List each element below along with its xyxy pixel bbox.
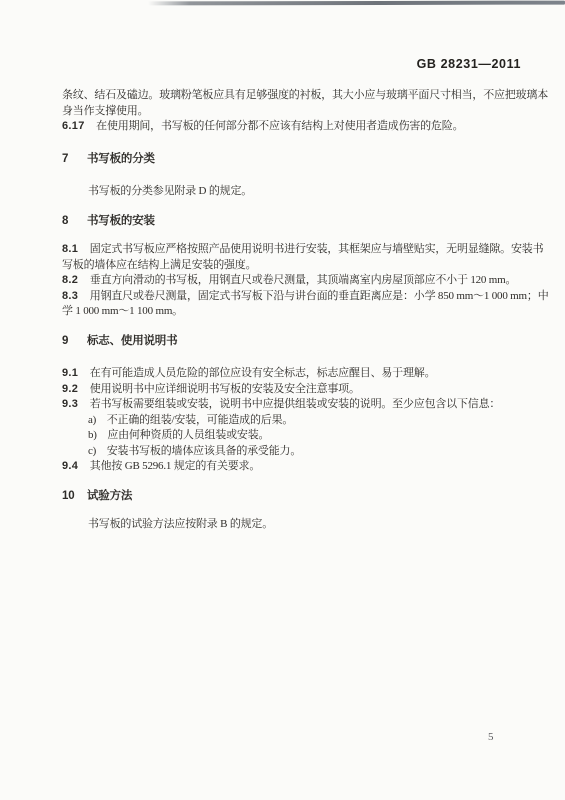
clause-text: 垂直方向滑动的书写板，用钢直尺或卷尺测量，其顶端离室内房屋顶部应不小于 120 … xyxy=(90,274,517,286)
section-10-heading: 10 试验方法 xyxy=(62,489,521,505)
section-title: 试验方法 xyxy=(87,490,132,502)
clause-number: 9.3 xyxy=(62,397,78,413)
list-marker: b) xyxy=(88,428,97,444)
body-line: 条纹、结石及磕边。玻璃粉笔板应具有足够强度的衬板，其大小应与玻璃平面尺寸相当，不… xyxy=(62,88,521,104)
clause-6-17: 6.17 在使用期间，书写板的任何部分都不应该有结构上对使用者造成伤害的危险。 xyxy=(62,119,521,135)
clause-9-3: 9.3 若书写板需要组装或安装，说明书中应提供组装或安装的说明。至少应包含以下信… xyxy=(62,397,521,413)
page-number: 5 xyxy=(488,731,494,743)
body-text: 写板的墙体应在结构上满足安装的强度。 xyxy=(62,259,256,271)
clause-text: 在使用期间，书写板的任何部分都不应该有结构上对使用者造成伤害的危险。 xyxy=(96,120,463,132)
body-line: 身当作支撑使用。 xyxy=(62,104,521,120)
clause-number: 9.4 xyxy=(62,459,78,475)
clause-8-1: 8.1 固定式书写板应严格按照产品使用说明书进行安装，其框架应与墙壁贴实，无明显… xyxy=(62,242,521,258)
body-line: 书写板的试验方法应按附录 B 的规定。 xyxy=(62,517,521,533)
clause-number: 8.1 xyxy=(62,242,78,258)
clause-text: 其他按 GB 5296.1 规定的有关要求。 xyxy=(90,460,260,472)
clause-number: 9.1 xyxy=(62,366,78,382)
clause-text: 用钢直尺或卷尺测量，固定式书写板下沿与讲台面的垂直距离应是：小学 850 mm～… xyxy=(90,290,549,302)
clause-8-3: 8.3 用钢直尺或卷尺测量，固定式书写板下沿与讲台面的垂直距离应是：小学 850… xyxy=(62,289,521,305)
section-number: 10 xyxy=(62,489,76,505)
list-marker: c) xyxy=(88,444,96,460)
list-text: 安装书写板的墙体应该具备的承受能力。 xyxy=(107,445,301,457)
body-text: 身当作支撑使用。 xyxy=(62,105,148,117)
section-number: 7 xyxy=(62,152,76,168)
list-text: 应由何种资质的人员组装或安装。 xyxy=(107,429,269,441)
clause-number: 8.3 xyxy=(62,289,78,305)
clause-text: 使用说明书中应详细说明书写板的安装及安全注意事项。 xyxy=(90,383,360,395)
body-line: 写板的墙体应在结构上满足安装的强度。 xyxy=(62,258,521,274)
section-7-heading: 7 书写板的分类 xyxy=(62,152,521,168)
document-page: GB 28231—2011 条纹、结石及磕边。玻璃粉笔板应具有足够强度的衬板，其… xyxy=(0,0,565,800)
list-item-b: b) 应由何种资质的人员组装或安装。 xyxy=(62,428,521,444)
body-text: 书写板的分类参见附录 D 的规定。 xyxy=(88,185,252,197)
standard-number-header: GB 28231—2011 xyxy=(62,57,521,71)
section-title: 书写板的分类 xyxy=(87,153,155,165)
clause-number: 9.2 xyxy=(62,382,78,398)
clause-number: 6.17 xyxy=(62,119,85,135)
clause-text: 在有可能造成人员危险的部位应设有安全标志，标志应醒目、易于理解。 xyxy=(90,367,436,379)
body-text: 学 1 000 mm～1 100 mm。 xyxy=(62,305,183,317)
clause-text: 若书写板需要组装或安装，说明书中应提供组装或安装的说明。至少应包含以下信息： xyxy=(90,398,500,410)
section-8-heading: 8 书写板的安装 xyxy=(62,214,521,230)
body-line: 书写板的分类参见附录 D 的规定。 xyxy=(62,184,521,200)
section-9-heading: 9 标志、使用说明书 xyxy=(62,334,521,350)
list-text: 不正确的组装/安装，可能造成的后果。 xyxy=(107,414,293,426)
body-text: 条纹、结石及磕边。玻璃粉笔板应具有足够强度的衬板，其大小应与玻璃平面尺寸相当，不… xyxy=(62,89,548,101)
body-text: 书写板的试验方法应按附录 B 的规定。 xyxy=(88,518,273,530)
list-marker: a) xyxy=(88,413,96,429)
section-number: 8 xyxy=(62,214,76,230)
clause-text: 固定式书写板应严格按照产品使用说明书进行安装，其框架应与墙壁贴实，无明显缝隙。安… xyxy=(90,243,544,255)
clause-9-1: 9.1 在有可能造成人员危险的部位应设有安全标志，标志应醒目、易于理解。 xyxy=(62,366,521,382)
list-item-c: c) 安装书写板的墙体应该具备的承受能力。 xyxy=(62,444,521,460)
body-line: 学 1 000 mm～1 100 mm。 xyxy=(62,304,521,320)
clause-8-2: 8.2 垂直方向滑动的书写板，用钢直尺或卷尺测量，其顶端离室内房屋顶部应不小于 … xyxy=(62,273,521,289)
section-title: 标志、使用说明书 xyxy=(87,335,177,347)
clause-9-2: 9.2 使用说明书中应详细说明书写板的安装及安全注意事项。 xyxy=(62,382,521,398)
clause-9-4: 9.4 其他按 GB 5296.1 规定的有关要求。 xyxy=(62,459,521,475)
clause-number: 8.2 xyxy=(62,273,78,289)
section-number: 9 xyxy=(62,334,76,350)
section-title: 书写板的安装 xyxy=(87,215,155,227)
list-item-a: a) 不正确的组装/安装，可能造成的后果。 xyxy=(62,413,521,429)
